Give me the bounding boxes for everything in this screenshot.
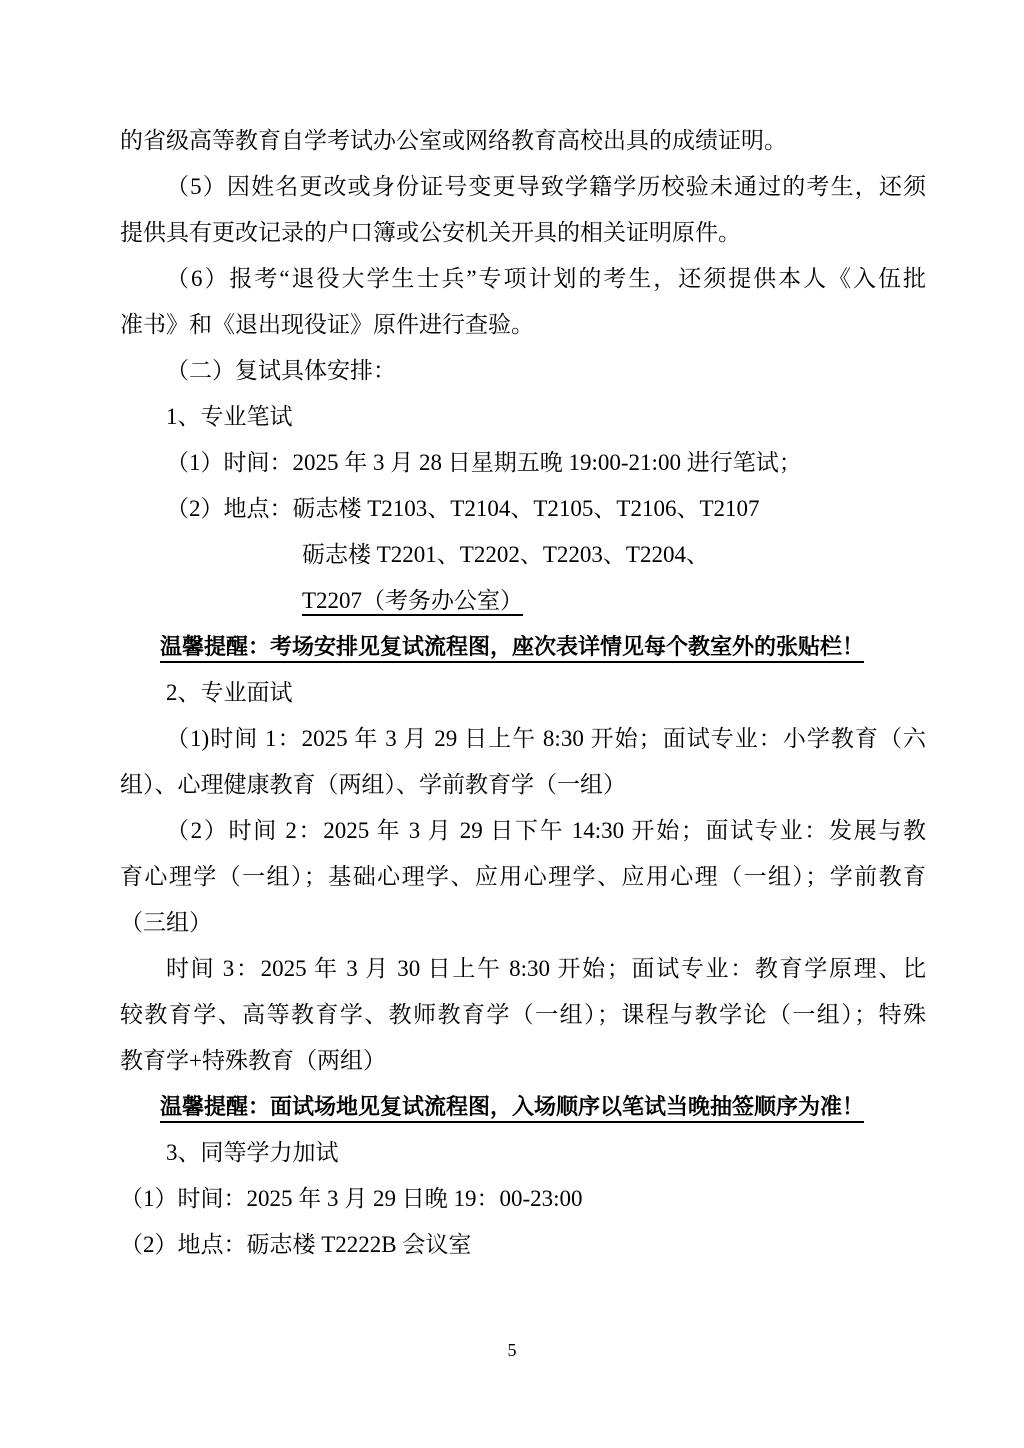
location-text: 砺志楼 T2201、T2202、T2203、T2204、 (302, 542, 709, 567)
reminder-text: 温馨提醒：考场安排见复试流程图，座次表详情见每个教室外的张贴栏！ (160, 634, 864, 659)
list-heading-supplementary-test: 3、同等学力加试 (120, 1130, 926, 1176)
section-heading: （二）复试具体安排： (120, 348, 926, 394)
document-body: 的省级高等教育自学考试办公室或网络教育高校出具的成绩证明。 （5）因姓名更改或身… (120, 118, 926, 1268)
interview-time1-line-continued: 组）、心理健康教育（两组）、学前教育学（一组） (120, 762, 926, 808)
supplementary-time-line: （1）时间：2025 年 3 月 29 日晚 19：00-23:00 (120, 1176, 926, 1222)
interview-time3-line-continued: 较教育学、高等教育学、教师教育学（一组）；课程与教学论（一组）；特殊 (120, 992, 926, 1038)
paragraph-line: 准书》和《退出现役证》原件进行查验。 (120, 302, 926, 348)
interview-time3-line-end: 教育学+特殊教育（两组） (120, 1038, 926, 1084)
paragraph-line: （5）因姓名更改或身份证号变更导致学籍学历校验未通过的考生，还须 (120, 164, 926, 210)
document-page: 的省级高等教育自学考试办公室或网络教育高校出具的成绩证明。 （5）因姓名更改或身… (0, 0, 1024, 1448)
list-heading-interview: 2、专业面试 (120, 670, 926, 716)
interview-time1-line: （1)时间 1：2025 年 3 月 29 日上午 8:30 开始；面试专业：小… (120, 716, 926, 762)
reminder-note: 温馨提醒：考场安排见复试流程图，座次表详情见每个教室外的张贴栏！ (120, 624, 926, 670)
paragraph-line: 的省级高等教育自学考试办公室或网络教育高校出具的成绩证明。 (120, 118, 926, 164)
exam-location-line-continued: 砺志楼 T2201、T2202、T2203、T2204、T2207（考务办公室） (120, 532, 926, 624)
list-heading-written-exam: 1、专业笔试 (120, 394, 926, 440)
reminder-note: 温馨提醒：面试场地见复试流程图，入场顺序以笔试当晚抽签顺序为准！ (120, 1084, 926, 1130)
paragraph-line: （6）报考“退役大学生士兵”专项计划的考生，还须提供本人《入伍批 (120, 256, 926, 302)
interview-time2-line-continued: 育心理学（一组）；基础心理学、应用心理学、应用心理（一组）；学前教育 (120, 854, 926, 900)
exam-location-line: （2）地点：砺志楼 T2103、T2104、T2105、T2106、T2107 (120, 486, 926, 532)
page-number: 5 (0, 1338, 1024, 1362)
location-text-underlined: T2207（考务办公室） (302, 588, 523, 613)
interview-time3-line: 时间 3：2025 年 3 月 30 日上午 8:30 开始；面试专业：教育学原… (120, 946, 926, 992)
exam-time-line: （1）时间：2025 年 3 月 28 日星期五晚 19:00-21:00 进行… (120, 440, 926, 486)
paragraph-line: 提供具有更改记录的户口簿或公安机关开具的相关证明原件。 (120, 210, 926, 256)
interview-time2-line-end: （三组） (120, 900, 926, 946)
supplementary-location-line: （2）地点：砺志楼 T2222B 会议室 (120, 1222, 926, 1268)
reminder-text: 温馨提醒：面试场地见复试流程图，入场顺序以笔试当晚抽签顺序为准！ (160, 1094, 864, 1119)
interview-time2-line: （2）时间 2：2025 年 3 月 29 日下午 14:30 开始；面试专业：… (120, 808, 926, 854)
